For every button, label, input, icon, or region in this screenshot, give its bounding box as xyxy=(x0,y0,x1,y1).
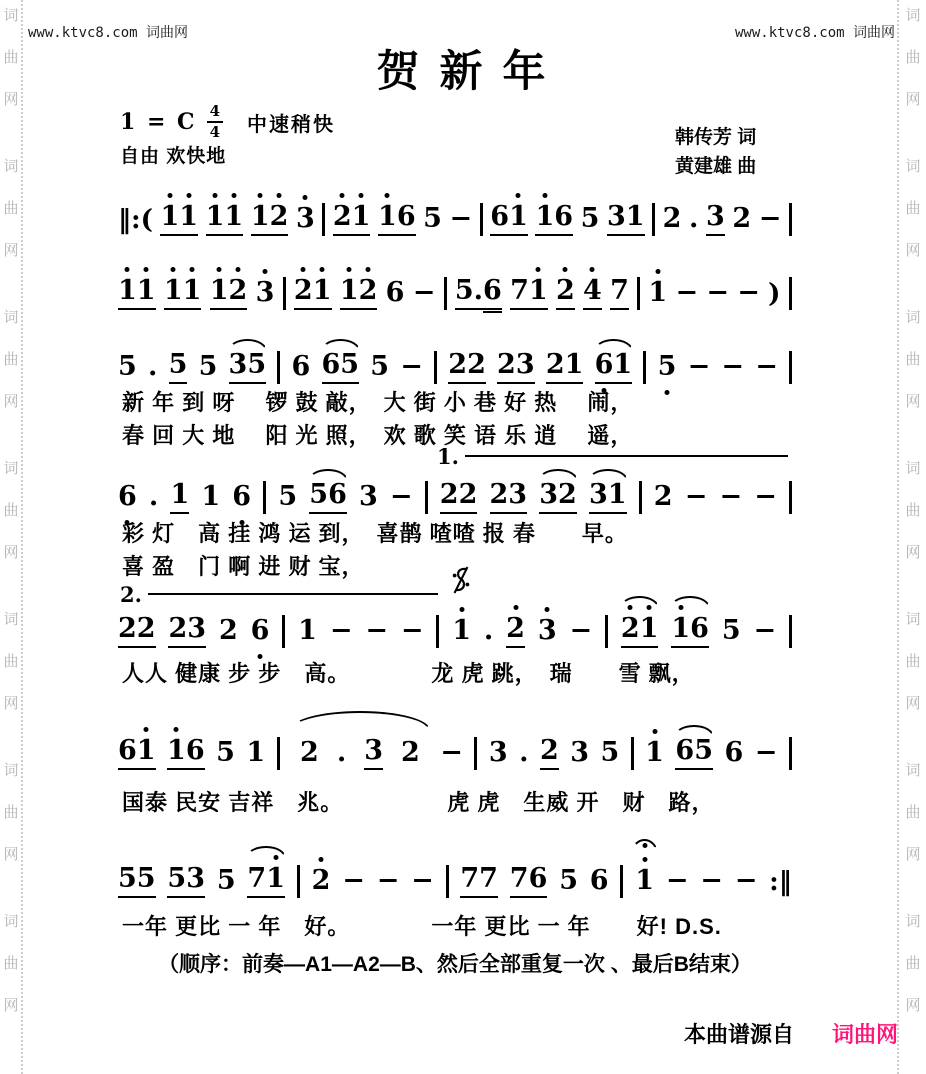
barline xyxy=(263,481,266,514)
octave-dot-above xyxy=(320,267,325,272)
note-group: 16 xyxy=(378,201,416,236)
octave-dot-above xyxy=(190,267,195,272)
watermark-char: 词 xyxy=(905,4,920,25)
note-group: 21 xyxy=(333,201,371,236)
note-group: 5 xyxy=(216,737,235,770)
volta-line xyxy=(465,455,788,457)
dash-rest: − xyxy=(330,615,353,648)
watermark-group: 词曲网 xyxy=(905,457,920,562)
note-group: 5 xyxy=(581,203,600,236)
dash-rest: − xyxy=(365,615,388,648)
note-digit: 5 xyxy=(217,865,236,898)
note-group: − xyxy=(440,737,463,770)
note-group: 1 xyxy=(452,615,471,648)
watermark-char: 曲 xyxy=(905,650,920,671)
octave-dot-above xyxy=(213,193,218,198)
watermark-char: 网 xyxy=(3,239,18,260)
watermark-char: 词 xyxy=(905,608,920,629)
note-group: − xyxy=(706,277,729,310)
dash-rest: − xyxy=(570,615,593,648)
note-group: 55 xyxy=(118,863,156,898)
note-digit: 2 xyxy=(229,275,248,310)
dash-rest: − xyxy=(737,277,760,310)
note-group: 1 xyxy=(170,479,189,514)
note-digit: 1 xyxy=(671,613,690,648)
dot-note: . xyxy=(689,203,698,236)
note-group: 23 xyxy=(168,613,206,648)
note-group: 5 xyxy=(423,203,442,236)
note-digit: 1 xyxy=(613,349,632,384)
note-digit: 2 xyxy=(168,613,187,648)
note-group: . xyxy=(484,615,493,648)
watermark-char: 词 xyxy=(905,759,920,780)
dash-rest: − xyxy=(342,865,365,898)
play-order-note: （顺序：前奏—A1—A2—B、然后全部重复一次 、最后B结束） xyxy=(118,948,792,978)
octave-dot-above xyxy=(385,193,390,198)
note-group: 1 xyxy=(246,737,265,770)
volta-bracket-1: 1. xyxy=(437,444,788,469)
note-digit: 5 xyxy=(118,351,137,384)
watermark-group: 词曲网 xyxy=(3,759,18,864)
octave-dot-above xyxy=(347,267,352,272)
note-group: 5 xyxy=(370,351,389,384)
note-digit: 3 xyxy=(539,479,558,514)
note-group: 61 xyxy=(595,349,633,384)
watermark-char: 曲 xyxy=(905,952,920,973)
note-group: 1 xyxy=(635,865,654,898)
note-digit: 2 xyxy=(558,479,577,514)
octave-dot-above xyxy=(301,267,306,272)
slur-arc xyxy=(290,711,430,730)
dot-note: . xyxy=(484,615,493,648)
slur-arc xyxy=(670,596,710,608)
octave-dot-above xyxy=(545,607,550,612)
note-digit: 1 xyxy=(246,737,265,770)
note-digit: 1 xyxy=(640,613,659,648)
fermata-icon xyxy=(631,839,658,854)
note-digit: 2 xyxy=(540,735,559,770)
barline xyxy=(277,737,280,770)
time-signature-numerator: 4 xyxy=(207,104,223,123)
watermark-char: 词 xyxy=(3,759,18,780)
slur-arc xyxy=(321,339,361,351)
note-group: 61 xyxy=(490,201,528,236)
barline xyxy=(297,865,300,898)
dash-rest: − xyxy=(666,865,689,898)
octave-dot-above xyxy=(262,269,267,274)
slur-arc xyxy=(674,725,714,737)
note-digit: 5 xyxy=(694,735,713,770)
barline xyxy=(446,865,449,898)
note-group: 3 xyxy=(489,737,508,770)
watermark-char: 词 xyxy=(905,155,920,176)
barline xyxy=(789,203,792,236)
note-group: 7 xyxy=(610,275,629,310)
octave-dot-above xyxy=(655,269,660,274)
note-digit: 7 xyxy=(247,863,266,898)
note-group: 5 xyxy=(278,481,297,514)
note-group: 1 xyxy=(298,615,317,648)
note-digit: 1 xyxy=(137,275,156,310)
note-digit: 1 xyxy=(118,275,137,310)
note-digit: 1 xyxy=(160,201,179,236)
note-digit: 2 xyxy=(663,203,682,236)
note-group: 16 xyxy=(671,613,709,648)
sheet-music-page: 词曲网词曲网词曲网词曲网词曲网词曲网词曲网 词曲网词曲网词曲网词曲网词曲网词曲网… xyxy=(0,0,926,1074)
note-digit: 6 xyxy=(251,615,270,648)
dash-rest: − xyxy=(400,351,423,384)
expression-marking: 自由 欢快地 xyxy=(120,141,226,168)
footer-brand: 词曲网 xyxy=(832,1018,898,1049)
note-digit: 2 xyxy=(546,349,565,384)
note-digit: 3 xyxy=(359,481,378,514)
note-digit: 1 xyxy=(626,201,645,236)
right-dotted-divider xyxy=(897,0,899,1074)
note-digit: 6 xyxy=(397,201,416,236)
octave-dot-above xyxy=(542,193,547,198)
composer-credit: 黄建雄 曲 xyxy=(675,153,756,182)
octave-dot-above xyxy=(217,267,222,272)
note-group: 22 xyxy=(440,479,478,514)
note-digit: 2 xyxy=(300,737,319,770)
barline xyxy=(436,615,439,648)
watermark-char: 网 xyxy=(3,692,18,713)
dash-rest: − xyxy=(377,865,400,898)
note-group: 71 xyxy=(510,275,548,310)
note-digit: 2 xyxy=(556,275,575,310)
left-watermark-column: 词曲网词曲网词曲网词曲网词曲网词曲网词曲网 xyxy=(0,4,22,1074)
slur-arc xyxy=(588,469,628,481)
note-group: 22 xyxy=(448,349,486,384)
note-group: − xyxy=(755,737,778,770)
lyrics-row: 国泰 民安 吉祥 兆。 虎 虎 生威 开 财 路， xyxy=(122,786,796,817)
note-digit: 2 xyxy=(467,349,486,384)
note-digit: 5 xyxy=(118,863,137,898)
octave-dot-above xyxy=(340,193,345,198)
note-group: 22 xyxy=(118,613,156,648)
note-digit: 2 xyxy=(137,613,156,648)
note-digit: 5 xyxy=(600,737,619,770)
note-digit: 6 xyxy=(118,481,137,514)
note-group: − xyxy=(450,203,473,236)
note-digit: 5 xyxy=(169,349,188,384)
lyricist-credit: 韩传芳 词 xyxy=(675,124,756,153)
note-group: 3 xyxy=(359,481,378,514)
note-group: 11 xyxy=(206,201,244,236)
score-line-5: 2223261−−−1.23−21165− xyxy=(118,608,792,648)
note-digit: 7 xyxy=(479,863,498,898)
note-group: 77 xyxy=(460,863,498,898)
lyrics-row: 彩 灯 高 挂 鸿 运 到， 喜鹊 喳喳 报 春 早。 xyxy=(122,517,796,548)
note-digit: 2 xyxy=(219,615,238,648)
note-group: 2 xyxy=(654,481,673,514)
note-digit: 5 xyxy=(216,737,235,770)
score-line-4: 6.1165563−222332312−−− xyxy=(118,474,792,514)
watermark-char: 网 xyxy=(905,994,920,1015)
note-group: 21 xyxy=(294,275,332,310)
note-group: . xyxy=(519,737,528,770)
note-digit: 1 xyxy=(183,275,202,310)
note-group: − xyxy=(666,865,689,898)
watermark-char: 网 xyxy=(905,843,920,864)
note-group: − xyxy=(390,481,413,514)
slur-arc xyxy=(308,469,348,481)
watermark-group: 词曲网 xyxy=(905,306,920,411)
barline xyxy=(789,737,792,770)
note-digit: 5 xyxy=(278,481,297,514)
note-group: 2 xyxy=(219,615,238,648)
note-digit: 2 xyxy=(621,613,640,648)
note-group: − xyxy=(365,615,388,648)
note-digit: 6 xyxy=(675,735,694,770)
note-digit: 1 xyxy=(224,201,243,236)
note-digit: 2 xyxy=(118,613,137,648)
note-group: − xyxy=(753,615,776,648)
note-digit: 5 xyxy=(309,479,328,514)
note-group: 1 xyxy=(645,737,664,770)
note-digit: 1 xyxy=(352,201,371,236)
note-digit: 2 xyxy=(448,349,467,384)
octave-dot-above xyxy=(125,267,130,272)
score-line-6: 6116512.32−3.2351656− xyxy=(118,730,792,770)
octave-dot-above xyxy=(536,267,541,272)
octave-dot-above xyxy=(590,267,595,272)
watermark-group: 词曲网 xyxy=(3,910,18,1015)
note-digit: 3 xyxy=(364,735,383,770)
octave-dot-above xyxy=(303,195,308,200)
note-group: 12 xyxy=(210,275,248,310)
note-digit: 6 xyxy=(386,277,405,310)
note-digit: 3 xyxy=(489,737,508,770)
dash-rest: − xyxy=(721,351,744,384)
watermark-char: 网 xyxy=(3,843,18,864)
note-digit: 5 xyxy=(247,349,266,384)
note-digit: 4 xyxy=(583,275,602,310)
watermark-char: 词 xyxy=(905,306,920,327)
note-group: 31 xyxy=(607,201,645,236)
note-group: − xyxy=(570,615,593,648)
note-group: 6 xyxy=(118,481,137,514)
note-digit: 1 xyxy=(608,479,627,514)
note-digit: 3 xyxy=(516,349,535,384)
note-digit: 1 xyxy=(167,735,186,770)
note-digit: 1 xyxy=(452,615,471,648)
dot-note: . xyxy=(474,275,483,310)
right-watermark-column: 词曲网词曲网词曲网词曲网词曲网词曲网词曲网 xyxy=(902,4,924,1074)
barline xyxy=(789,481,792,514)
watermark-char: 曲 xyxy=(3,650,18,671)
note-digit: 1 xyxy=(645,737,664,770)
note-group: − xyxy=(735,865,758,898)
dash-rest: − xyxy=(685,481,708,514)
octave-dot-above xyxy=(144,267,149,272)
dash-rest: − xyxy=(450,203,473,236)
note-group: 2 xyxy=(732,203,751,236)
note-digit: 1 xyxy=(529,275,548,310)
watermark-group: 词曲网 xyxy=(905,759,920,864)
watermark-char: 词 xyxy=(3,910,18,931)
note-group: 23 xyxy=(497,349,535,384)
note-group: 6 xyxy=(724,737,743,770)
watermark-char: 曲 xyxy=(3,801,18,822)
note-digit: 1 xyxy=(648,277,667,310)
note-group: 5.6 xyxy=(455,275,502,310)
barline xyxy=(631,737,634,770)
note-group: 2 xyxy=(663,203,682,236)
note-group: − xyxy=(377,865,400,898)
note-digit: 1 xyxy=(201,481,220,514)
note-group: − xyxy=(759,203,782,236)
barline xyxy=(444,277,447,310)
barline xyxy=(605,615,608,648)
note-digit: 2 xyxy=(401,737,420,770)
note-group: 6 xyxy=(386,277,405,310)
note-group: 3 xyxy=(538,615,557,648)
watermark-char: 词 xyxy=(3,306,18,327)
note-group: − xyxy=(400,351,423,384)
octave-dot-above xyxy=(365,267,370,272)
dash-rest: − xyxy=(755,351,778,384)
note-digit: 6 xyxy=(328,479,347,514)
note-group: 11 xyxy=(164,275,202,310)
time-signature-denominator: 4 xyxy=(210,123,220,140)
note-group: . xyxy=(689,203,698,236)
note-digit: 3 xyxy=(607,201,626,236)
note-digit: 1 xyxy=(164,275,183,310)
note-digit: 2 xyxy=(654,481,673,514)
watermark-group: 词曲网 xyxy=(905,910,920,1015)
note-group: 56 xyxy=(309,479,347,514)
note-digit: 5 xyxy=(455,275,474,310)
note-group: 65 xyxy=(675,735,713,770)
octave-dot-above xyxy=(642,857,647,862)
note-digit: 3 xyxy=(186,863,205,898)
note-digit: 7 xyxy=(510,275,529,310)
slur-arc xyxy=(538,469,578,481)
note-group: 6 xyxy=(590,865,609,898)
note-digit: 6 xyxy=(118,735,137,770)
score-line-3: 5.55356655−222321615−−− xyxy=(118,344,792,384)
watermark-char: 网 xyxy=(905,541,920,562)
score-line-7: 55535712−−−7776561−−−:‖ xyxy=(118,858,792,898)
note-digit: 2 xyxy=(359,275,378,310)
note-digit: 6 xyxy=(322,349,341,384)
note-digit: 6 xyxy=(554,201,573,236)
note-group: 11 xyxy=(160,201,198,236)
watermark-char: 网 xyxy=(905,239,920,260)
note-digit: 5 xyxy=(559,865,578,898)
watermark-char: 网 xyxy=(905,692,920,713)
dash-rest: − xyxy=(700,865,723,898)
note-group: 5 xyxy=(217,865,236,898)
dash-rest: − xyxy=(411,865,434,898)
watermark-char: 曲 xyxy=(3,952,18,973)
watermark-char: 词 xyxy=(905,910,920,931)
dash-rest: − xyxy=(759,203,782,236)
note-digit: 3 xyxy=(187,613,206,648)
note-group: . xyxy=(148,351,157,384)
note-group: 5 xyxy=(169,349,188,384)
note-digit: 6 xyxy=(529,863,548,898)
score-line-1: ‖:(111112321165−61165312.32− xyxy=(118,196,792,236)
note-digit: 1 xyxy=(635,865,654,898)
volta-line xyxy=(148,593,438,595)
octave-dot-above xyxy=(652,729,657,734)
slur-arc xyxy=(228,339,268,351)
parenthesis-sign: ) xyxy=(768,279,780,310)
watermark-char: 词 xyxy=(3,457,18,478)
note-group: . xyxy=(149,481,158,514)
octave-dot-above xyxy=(319,857,324,862)
note-group: 31 xyxy=(589,479,627,514)
begin-repeat-sign: ‖:( xyxy=(118,205,153,236)
note-digit: 6 xyxy=(690,613,709,648)
dash-rest: − xyxy=(440,737,463,770)
note-group: 65 xyxy=(322,349,360,384)
dash-rest: − xyxy=(719,481,742,514)
note-group: 2 xyxy=(540,735,559,770)
note-digit: 5 xyxy=(199,351,218,384)
credits-block: 韩传芳 词 黄建雄 曲 xyxy=(675,124,756,181)
barline xyxy=(639,481,642,514)
note-group: − xyxy=(342,865,365,898)
watermark-char: 网 xyxy=(905,390,920,411)
dot-note: . xyxy=(519,737,528,770)
note-digit: 1 xyxy=(206,201,225,236)
time-signature: 4 4 xyxy=(207,104,223,140)
note-digit: 3 xyxy=(589,479,608,514)
note-group: 3 xyxy=(256,277,275,310)
note-group: − xyxy=(330,615,353,648)
note-group: 5 xyxy=(722,615,741,648)
note-digit: 3 xyxy=(570,737,589,770)
note-digit: 2 xyxy=(459,479,478,514)
note-group: 16 xyxy=(535,201,573,236)
note-digit: 2 xyxy=(497,349,516,384)
note-group: 5 xyxy=(559,865,578,898)
note-group: 71 xyxy=(247,863,285,898)
watermark-group: 词曲网 xyxy=(3,155,18,260)
note-group: 2.32 xyxy=(291,735,429,770)
note-digit: 1 xyxy=(179,201,198,236)
note-group: 61 xyxy=(118,735,156,770)
watermark-char: 曲 xyxy=(905,197,920,218)
note-group: 5 xyxy=(658,351,677,384)
note-group: − xyxy=(688,351,711,384)
octave-dot-above xyxy=(459,607,464,612)
note-digit: 5 xyxy=(370,351,389,384)
barline xyxy=(637,277,640,310)
song-title: 贺 新 年 xyxy=(0,38,926,99)
barline xyxy=(283,277,286,310)
note-digit: 6 xyxy=(490,201,509,236)
note-group: − xyxy=(719,481,742,514)
watermark-char: 网 xyxy=(3,390,18,411)
note-digit: 3 xyxy=(256,277,275,310)
dash-rest: − xyxy=(401,615,424,648)
barline xyxy=(480,203,483,236)
note-digit: 1 xyxy=(535,201,554,236)
note-group: − xyxy=(700,865,723,898)
note-group: 1 xyxy=(201,481,220,514)
watermark-char: 网 xyxy=(3,994,18,1015)
barline xyxy=(789,615,792,648)
watermark-char: 网 xyxy=(3,541,18,562)
watermark-char: 词 xyxy=(905,457,920,478)
watermark-char: 词 xyxy=(3,608,18,629)
note-group: − xyxy=(737,277,760,310)
note-group: − xyxy=(754,481,777,514)
